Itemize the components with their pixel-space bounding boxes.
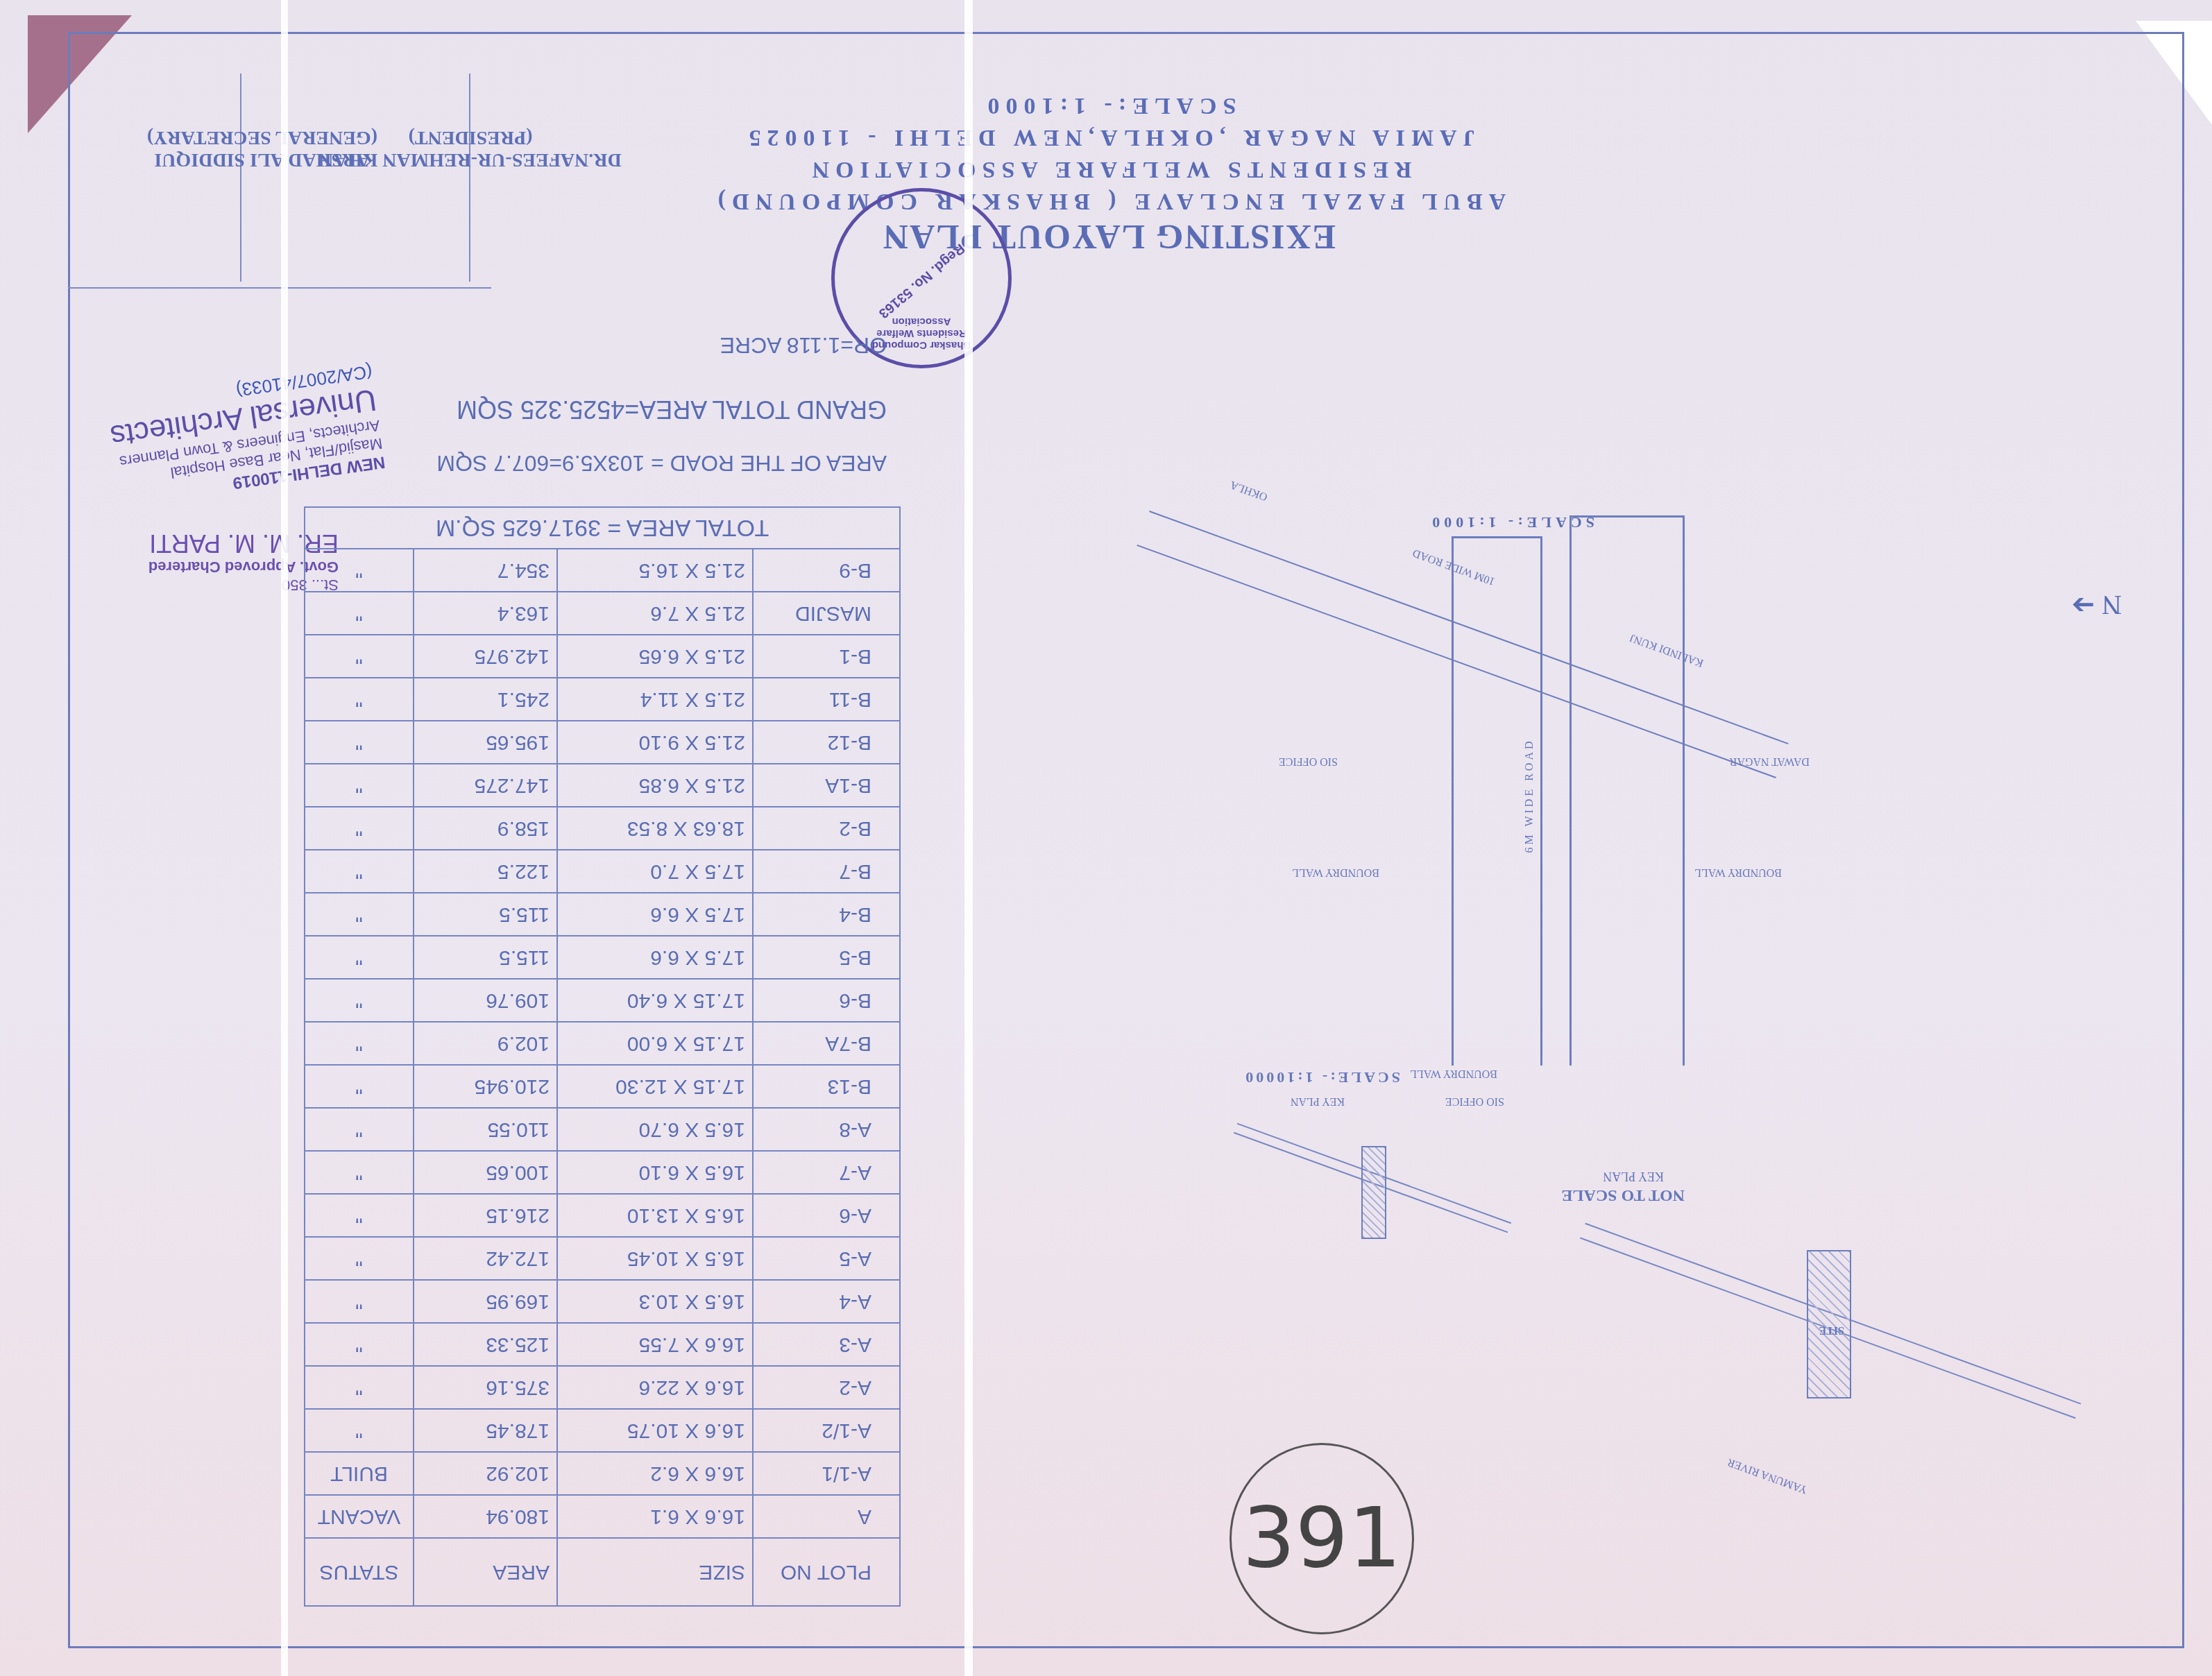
- plot-size-cell: 17.5 X 6.6: [557, 936, 753, 979]
- plot-status-cell: ": [305, 1108, 414, 1151]
- column-header: PLOT NO: [753, 1538, 900, 1606]
- table-row: B-7A17.15 X 6.00102.9": [305, 1022, 900, 1065]
- yamuna-river-label: YAMUNA RIVER: [1726, 1455, 1809, 1496]
- table-row: A-216.6 X 22.6375.16": [305, 1366, 900, 1409]
- key-plan-scale: SCALE:- 1:10000: [1243, 1068, 1400, 1086]
- plot-size-cell: 16.5 X 6.70: [557, 1108, 753, 1151]
- plot-size-cell: 21.5 X 6.85: [557, 764, 753, 807]
- table-header-row: PLOT NOSIZEAREASTATUS: [305, 1538, 900, 1606]
- plot-status-cell: ": [305, 635, 414, 678]
- boundary-wall-label-2: BOUNDRY WALL: [1292, 866, 1379, 878]
- plot-table: PLOT NOSIZEAREASTATUSA16.6 X 6.1180.94VA…: [304, 506, 901, 1607]
- table-row: B-1A21.5 X 6.85147.275": [305, 764, 900, 807]
- plot-size-cell: 17.15 X 6.40: [557, 979, 753, 1022]
- plot-number-cell: A-2: [753, 1366, 900, 1409]
- plot-status-cell: ": [305, 764, 414, 807]
- table-row: B-921.5 X 16.5354.7": [305, 549, 900, 592]
- total-area-cell: TOTAL AREA = 3917.625 SQ.M: [305, 507, 900, 549]
- plot-area-cell: 102.9: [414, 1022, 557, 1065]
- plot-number-cell: B-5: [753, 936, 900, 979]
- table-row: A-516.5 X 10.45172.42": [305, 1237, 900, 1280]
- plot-area-cell: 142.975: [414, 635, 557, 678]
- plot-number-cell: A-8: [753, 1108, 900, 1151]
- plot-status-cell: ": [305, 807, 414, 850]
- plot-area-cell: 178.45: [414, 1409, 557, 1452]
- table-row: A-416.5 X 10.3169.95": [305, 1280, 900, 1323]
- table-row: B-417.5 X 6.6115.5": [305, 893, 900, 936]
- plot-number-cell: A-5: [753, 1237, 900, 1280]
- plot-area-cell: 210.945: [414, 1065, 557, 1108]
- plot-area-cell: 115.5: [414, 936, 557, 979]
- table-row: A-616.5 X 13.10216.15": [305, 1194, 900, 1237]
- plot-size-cell: 18.63 X 8.53: [557, 807, 753, 850]
- table-row: A-816.5 X 6.70110.55": [305, 1108, 900, 1151]
- plot-status-cell: ": [305, 936, 414, 979]
- plot-status-cell: ": [305, 1194, 414, 1237]
- table-row: B-717.5 X 7.0122.5": [305, 850, 900, 893]
- key-plan-title: KEY PLAN: [1603, 1169, 1664, 1183]
- acre-total: OR=1.118 ACRE: [720, 332, 887, 358]
- table-row: B-1317.15 X 12.30210.945": [305, 1065, 900, 1108]
- plot-status-cell: VACANT: [305, 1495, 414, 1538]
- table-row: A-1/216.6 X 10.75178.45": [305, 1409, 900, 1452]
- plot-size-cell: 21.5 X 6.65: [557, 635, 753, 678]
- plot-number-cell: B-13: [753, 1065, 900, 1108]
- grand-total-area: GRAND TOTAL AREA=4525.325 SQM: [457, 395, 887, 424]
- signature-area-top-rule: [68, 287, 491, 289]
- key-plan-note: NOT TO SCALE: [1562, 1186, 1685, 1204]
- stamp-reg-number: Regd. No. 53163: [871, 237, 971, 325]
- plot-area-cell: 163.4: [414, 592, 557, 635]
- column-header: STATUS: [305, 1538, 414, 1606]
- plot-status-cell: ": [305, 1065, 414, 1108]
- plot-size-cell: 16.6 X 6.1: [557, 1495, 753, 1538]
- plot-number-cell: A-4: [753, 1280, 900, 1323]
- plot-area-cell: 245.1: [414, 678, 557, 721]
- table-total-row: TOTAL AREA = 3917.625 SQ.M: [305, 507, 900, 549]
- plot-area-cell: 125.33: [414, 1323, 557, 1366]
- plot-status-cell: ": [305, 549, 414, 592]
- plot-area-cell: 110.55: [414, 1108, 557, 1151]
- plot-number-cell: B-9: [753, 549, 900, 592]
- table-row: B-121.5 X 6.65142.975": [305, 635, 900, 678]
- arrow-right-icon: ➔: [2072, 590, 2095, 621]
- scan-artifact-line: [964, 0, 973, 1676]
- plot-area-cell: 354.7: [414, 549, 557, 592]
- plot-status-cell: BUILT: [305, 1452, 414, 1495]
- inner-road: [1541, 538, 1574, 1066]
- plot-status-cell: ": [305, 1409, 414, 1452]
- signature-divider: [469, 74, 470, 282]
- plot-a-column: [1452, 536, 1542, 1066]
- plot-number-cell: B-1A: [753, 764, 900, 807]
- plot-area-cell: 158.9: [414, 807, 557, 850]
- plot-area-cell: 102.92: [414, 1452, 557, 1495]
- plot-number-cell: B-6: [753, 979, 900, 1022]
- plot-number-cell: B-12: [753, 721, 900, 764]
- subtitle-line-4: SCALE:- 1:1000: [484, 89, 1733, 121]
- plot-number-cell: B-11: [753, 678, 900, 721]
- plot-number-cell: A-7: [753, 1151, 900, 1194]
- plot-status-cell: ": [305, 1366, 414, 1409]
- plot-number-cell: B-7A: [753, 1022, 900, 1065]
- plot-area-cell: 195.65: [414, 721, 557, 764]
- engineer-stamp: St... 350 Govt. Approved Chartered ER. M…: [47, 529, 339, 594]
- plot-status-cell: ": [305, 1237, 414, 1280]
- plot-b-column: [1569, 515, 1685, 1066]
- table-row: A-1/116.6 X 6.2102.92BUILT: [305, 1452, 900, 1495]
- key-plan-site-label: SITE: [1819, 1324, 1844, 1336]
- plot-size-cell: 16.5 X 13.10: [557, 1194, 753, 1237]
- table-row: B-1221.5 X 9.10195.65": [305, 721, 900, 764]
- table-row: B-617.15 X 6.40109.76": [305, 979, 900, 1022]
- plot-area-cell: 375.16: [414, 1366, 557, 1409]
- plot-status-cell: ": [305, 678, 414, 721]
- rotated-drawing: EXISTING LAYOUT PLAN ABUL FAZAL ENCLAVE …: [0, 0, 2212, 1676]
- plot-status-cell: ": [305, 1323, 414, 1366]
- plot-status-cell: ": [305, 979, 414, 1022]
- key-plan-scaled: SCALE:- 1:10000 KEY PLAN: [1227, 1066, 1518, 1315]
- signature-divider: [240, 74, 241, 282]
- site-plan: SCALE:- 1:1000 10M WIDE ROAD OKHLA KALIN…: [1171, 198, 1796, 1066]
- key-plan-title-2: KEY PLAN: [1291, 1095, 1345, 1107]
- plot-area-cell: 109.76: [414, 979, 557, 1022]
- plot-area-cell: 100.65: [414, 1151, 557, 1194]
- plot-status-cell: ": [305, 1151, 414, 1194]
- table-row: A16.6 X 6.1180.94VACANT: [305, 1495, 900, 1538]
- plot-area-cell: 172.42: [414, 1237, 557, 1280]
- key-plan-site-hatch-2: [1361, 1146, 1386, 1239]
- plot-area-cell: 122.5: [414, 850, 557, 893]
- plot-status-cell: ": [305, 592, 414, 635]
- table-row: B-218.63 X 8.53158.9": [305, 807, 900, 850]
- plot-area-cell: 147.275: [414, 764, 557, 807]
- road-area: AREA OF THE ROAD = 103X5.9=607.7 SQM: [436, 450, 887, 476]
- handwritten-page-number: 391: [1230, 1443, 1414, 1634]
- plot-size-cell: 17.15 X 6.00: [557, 1022, 753, 1065]
- plot-number-cell: A-3: [753, 1323, 900, 1366]
- plot-number-cell: A: [753, 1495, 900, 1538]
- column-header: SIZE: [557, 1538, 753, 1606]
- plot-size-cell: 16.6 X 7.55: [557, 1323, 753, 1366]
- neighbor-west: SIO OFFICE: [1279, 755, 1338, 767]
- plot-size-cell: 21.5 X 11.4: [557, 678, 753, 721]
- plot-size-cell: 16.5 X 10.3: [557, 1280, 753, 1323]
- plot-status-cell: ": [305, 893, 414, 936]
- table-row: A-716.5 X 6.10100.65": [305, 1151, 900, 1194]
- plot-area-cell: 169.95: [414, 1280, 557, 1323]
- plot-number-cell: A-1/1: [753, 1452, 900, 1495]
- plot-size-cell: 16.5 X 6.10: [557, 1151, 753, 1194]
- north-label: N: [2102, 590, 2122, 621]
- plot-size-cell: 16.6 X 6.2: [557, 1452, 753, 1495]
- table-row: MASJID21.5 X 7.6163.4": [305, 592, 900, 635]
- plot-number-cell: B-7: [753, 850, 900, 893]
- road-from-label: OKHLA: [1229, 478, 1270, 503]
- plot-size-cell: 21.5 X 9.10: [557, 721, 753, 764]
- plot-status-cell: ": [305, 1022, 414, 1065]
- plot-number-cell: B-1: [753, 635, 900, 678]
- plot-size-cell: 16.6 X 22.6: [557, 1366, 753, 1409]
- plot-area-cell: 180.94: [414, 1495, 557, 1538]
- plot-size-cell: 16.6 X 10.75: [557, 1409, 753, 1452]
- plot-area-cell: 115.5: [414, 893, 557, 936]
- plot-number-cell: B-2: [753, 807, 900, 850]
- table-row: B-517.5 X 6.6115.5": [305, 936, 900, 979]
- plot-number-cell: A-1/2: [753, 1409, 900, 1452]
- plot-number-cell: A-6: [753, 1194, 900, 1237]
- plot-status-cell: ": [305, 850, 414, 893]
- boundary-wall-label: BOUNDRY WALL: [1694, 866, 1782, 878]
- plot-size-cell: 17.5 X 6.6: [557, 893, 753, 936]
- plot-size-cell: 16.5 X 10.45: [557, 1237, 753, 1280]
- plot-size-cell: 21.5 X 7.6: [557, 592, 753, 635]
- plot-size-cell: 17.5 X 7.0: [557, 850, 753, 893]
- secretary-name: ARSHAD ALI SIDDIQUI (GENERAL SECRETARY): [68, 126, 457, 171]
- table-row: A-316.6 X 7.55125.33": [305, 1323, 900, 1366]
- plot-number-cell: MASJID: [753, 592, 900, 635]
- plot-area-cell: 216.15: [414, 1194, 557, 1237]
- plot-status-cell: ": [305, 721, 414, 764]
- north-arrow: N ➔: [2072, 589, 2122, 622]
- key-plan-not-to-scale: SITE KEY PLAN NOT TO SCALE YAMUNA RIVER: [1553, 1149, 2108, 1510]
- scan-artifact-line: [281, 0, 288, 1676]
- plot-status-cell: ": [305, 1280, 414, 1323]
- plot-size-cell: 17.15 X 12.30: [557, 1065, 753, 1108]
- plot-number-cell: B-4: [753, 893, 900, 936]
- column-header: AREA: [414, 1538, 557, 1606]
- table-row: B-1121.5 X 11.4245.1": [305, 678, 900, 721]
- plot-size-cell: 21.5 X 16.5: [557, 549, 753, 592]
- neighbor-east: DAWAT NAGAR: [1730, 755, 1810, 767]
- scanned-sheet: EXISTING LAYOUT PLAN ABUL FAZAL ENCLAVE …: [0, 0, 2212, 1676]
